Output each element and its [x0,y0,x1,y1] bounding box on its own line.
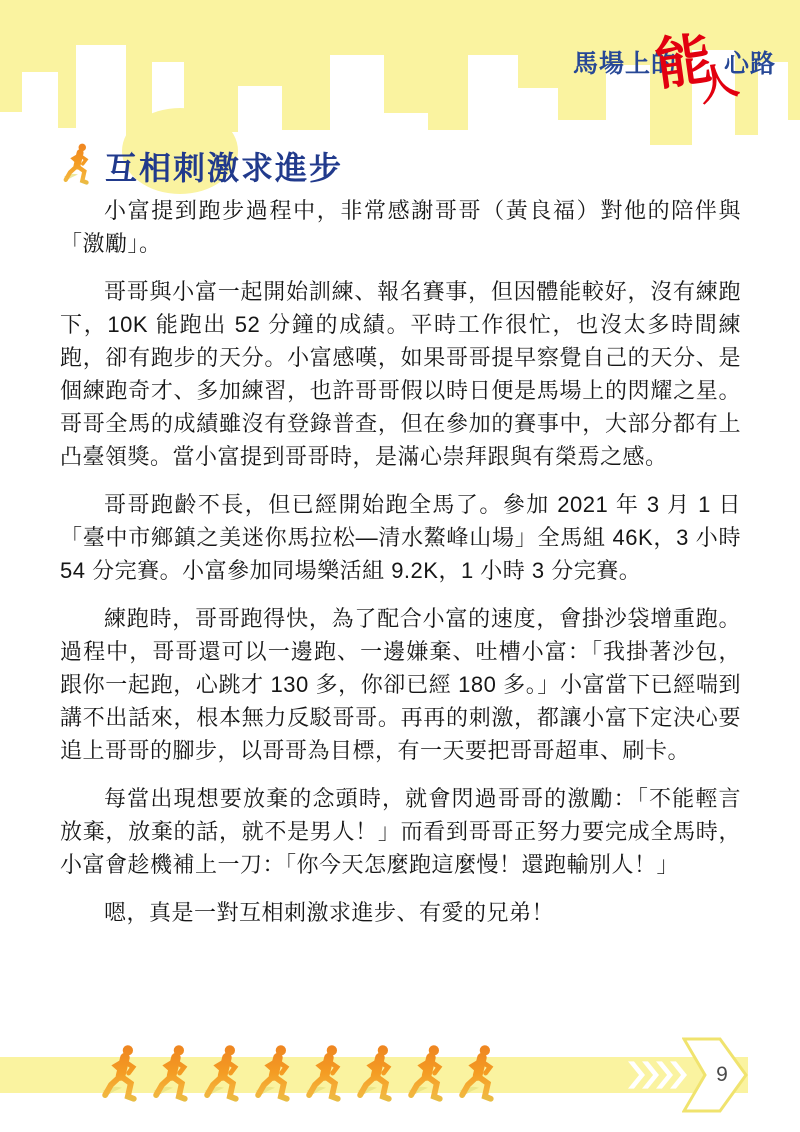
paragraph: 練跑時，哥哥跑得快，為了配合小富的速度，會掛沙袋增重跑。過程中，哥哥還可以一邊跑… [60,602,741,767]
page-number: 9 [696,1036,748,1114]
paragraph: 小富提到跑步過程中，非常感謝哥哥（黃良福）對他的陪伴與「激勵」。 [60,194,741,260]
runner-icon [304,1035,348,1117]
chevron-right-icon [628,1059,684,1091]
runner-icon [406,1035,450,1117]
page-footer: 9 [0,1030,800,1132]
footer-runners [100,1035,501,1117]
book-title: 馬場上的 能 人 心路 [0,0,800,120]
runner-icon [62,140,94,192]
paragraph: 哥哥與小富一起開始訓練、報名賽事，但因體能較好，沒有練跑下，10K 能跑出 52… [60,275,741,473]
book-title-suffix: 心路 [724,44,776,80]
body-text: 小富提到跑步過程中，非常感謝哥哥（黃良福）對他的陪伴與「激勵」。 哥哥與小富一起… [60,194,741,944]
paragraph: 哥哥跑齡不長，但已經開始跑全馬了。參加 2021 年 3 月 1 日「臺中市鄉鎮… [60,488,741,587]
runner-icon [355,1035,399,1117]
section-heading: 互相刺激求進步 [105,143,343,189]
runner-icon [100,1035,144,1117]
paragraph: 每當出現想要放棄的念頭時，就會閃過哥哥的激勵：「不能輕言放棄，放棄的話，就不是男… [60,782,741,881]
document-page: 馬場上的 能 人 心路 互相刺激求進步 小富提到跑步過程中，非常感謝哥哥（黃良福… [0,0,800,1132]
runner-icon [253,1035,297,1117]
runner-icon [457,1035,501,1117]
section-heading-row: 互相刺激求進步 [62,138,343,194]
runner-icon [151,1035,195,1117]
paragraph: 嗯，真是一對互相刺激求進步、有愛的兄弟！ [60,896,741,929]
runner-icon [202,1035,246,1117]
page-arrow-icon: 9 [682,1036,748,1114]
